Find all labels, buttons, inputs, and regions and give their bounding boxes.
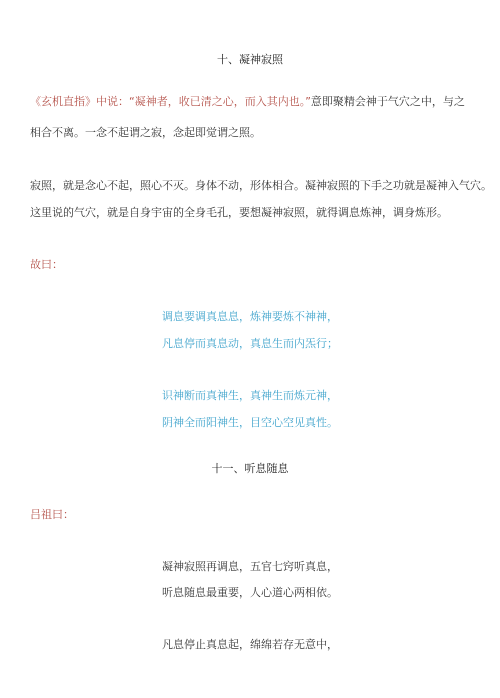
label-gu-yue: 故曰： [30, 258, 63, 272]
paragraph-1-line-1: 《玄机直指》中说：“凝神者，收已清之心，而入其内也。”意即聚精会神于气穴之中，与… [30, 95, 465, 109]
label-lv-zu-yue: 吕祖曰： [30, 508, 74, 522]
verse-line: 凡息停止真息起，绵绵若存无意中， [0, 638, 500, 652]
verse-line: 凝神寂照再调息，五官七窍听真息， [0, 560, 500, 574]
paragraph-1-line-2: 相合不离。一念不起谓之寂，念起即觉谓之照。 [30, 126, 261, 140]
quote-citation: 《玄机直指》中说：“凝神者，收已清之心，而入其内也。” [30, 95, 311, 108]
section-10-title: 十、凝神寂照 [0, 53, 500, 67]
paragraph-1-text: 意即聚精会神于气穴之中，与之 [311, 95, 465, 108]
paragraph-2-line-2: 这里说的气穴，就是自身宇宙的全身毛孔，要想凝神寂照，就得调息炼神，调身炼形。 [30, 206, 448, 220]
verse-line: 识神断而真神生，真神生而炼元神， [0, 389, 500, 403]
paragraph-2-line-1: 寂照，就是念心不起，照心不灭。身体不动，形体相合。凝神寂照的下手之功就是凝神入气… [30, 179, 492, 193]
section-11-title: 十一、听息随息 [0, 462, 500, 476]
verse-line: 听息随息最重要，人心道心两相依。 [0, 586, 500, 600]
verse-line: 阴神全而阳神生，目空心空见真性。 [0, 416, 500, 430]
verse-line: 凡息停而真息动，真息生而内炁行； [0, 337, 500, 351]
verse-line: 调息要调真息息，炼神要炼不神神， [0, 310, 500, 324]
